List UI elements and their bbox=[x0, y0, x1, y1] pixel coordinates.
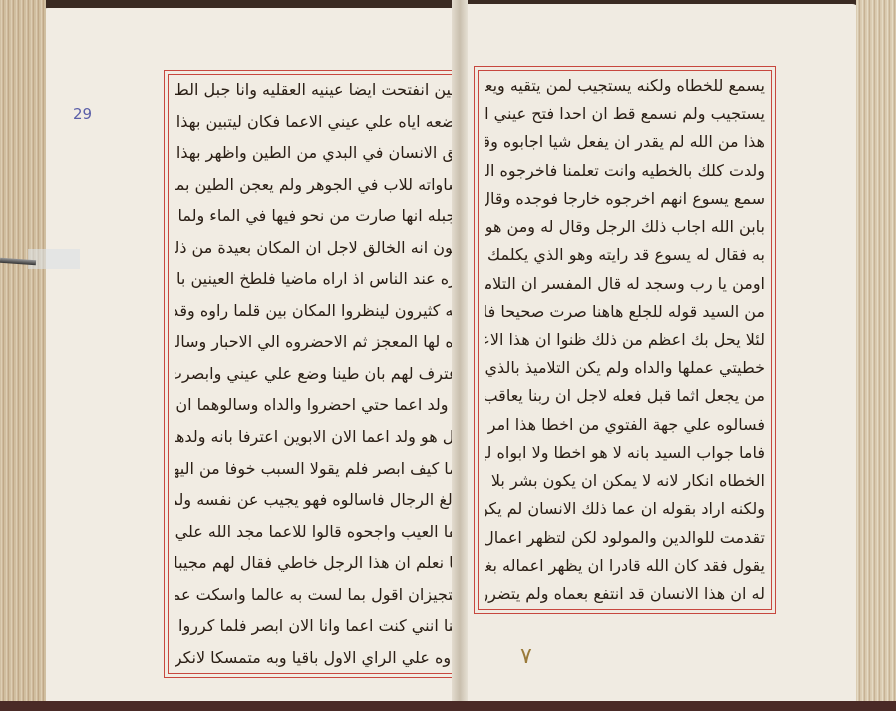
binding-edge bbox=[0, 701, 896, 711]
text-line: وراوه علي الراي الاول باقيا وبه متمسكا ل… bbox=[175, 645, 471, 671]
right-page: يسمع للخطاه ولكنه يستجيب لمن يتقيه ويعمل… bbox=[460, 4, 860, 711]
catchword-mark: ٧ bbox=[520, 644, 532, 669]
text-line: ولكنه اراد بقوله ان عما ذلك الانسان لم ي… bbox=[485, 496, 765, 522]
text-line: امره عند الناس اذ اراه ماضيا فلطخ العيني… bbox=[175, 266, 471, 292]
text-line: فاما جواب السيد بانه لا هو اخطا ولا ابوا… bbox=[485, 440, 765, 466]
page-edges-right bbox=[856, 0, 896, 711]
text-line: انده لها المعجز ثم الاحضروه الي الاحبار … bbox=[175, 329, 471, 355]
text-line: الحين انفتحت ايضا عينيه العقليه وانا جبل… bbox=[175, 77, 471, 103]
text-line: يدلون انه الخالق لاجل ان المكان بعيدة من… bbox=[175, 235, 471, 261]
right-text-block: يسمع للخطاه ولكنه يستجيب لمن يتقيه ويعمل… bbox=[485, 73, 765, 607]
text-line: هذا من الله لم يقدر ان يفعل شيا اجابوه و… bbox=[485, 129, 765, 155]
text-line: الخطاه انكار لانه لا يمكن ان يكون بشر بل… bbox=[485, 468, 765, 494]
text-line: يستجيب ولم نسمع قط ان احدا فتح عيني اعما… bbox=[485, 101, 765, 127]
text-line: مبالغ الرجال فاسالوه فهو يجيب عن نفسه ول… bbox=[175, 487, 471, 513]
text-line: من السيد قوله للجلع هاهنا صرت صحيحا فلا … bbox=[485, 299, 765, 325]
text-line: بابن الله اجاب ذلك الرجل وقال له ومن هو … bbox=[485, 214, 765, 240]
text-line: يسمع للخطاه ولكنه يستجيب لمن يتقيه ويعمل… bbox=[485, 73, 765, 99]
right-text-frame: يسمع للخطاه ولكنه يستجيب لمن يتقيه ويعمل… bbox=[474, 66, 776, 614]
text-line: له ان هذا الانسان قد انتفع بعماه ولم يتض… bbox=[485, 581, 765, 607]
text-line: خطيتي عملها والداه ولم يكن التلاميذ بالذ… bbox=[485, 355, 765, 381]
text-line: به فقال له يسوع قد رايته وهو الذي يكلمك … bbox=[485, 242, 765, 268]
text-line: لئلا يحل بك اعظم من ذلك ظنوا ان هذا الاع… bbox=[485, 327, 765, 353]
text-line: ولدت كلك بالخطيه وانت تعلمنا فاخرجوه الي… bbox=[485, 158, 765, 184]
text-line: استجيزان اقول بما لست به عالما واسكت عما… bbox=[175, 582, 471, 608]
manuscript-spread: 29 الحين انفتحت ايضا عينيه العقليه وانا … bbox=[0, 0, 896, 711]
text-line: فاعترف لهم بان طينا وضع علي عيني وابصرت … bbox=[175, 361, 471, 387]
text-line: بالجبله انها صارت من نحو فيها في الماء و… bbox=[175, 203, 471, 229]
text-line: يقول فقد كان الله قادرا ان يظهر اعماله ب… bbox=[485, 553, 765, 579]
left-text-block: الحين انفتحت ايضا عينيه العقليه وانا جبل… bbox=[175, 77, 471, 671]
folio-number: 29 bbox=[73, 105, 92, 123]
text-line: سمع يسوع انهم اخرجوه خارجا فوجده وقال له… bbox=[485, 186, 765, 212]
text-line: وهل هو ولد اعما الان الابوين اعترفا بانه… bbox=[175, 424, 471, 450]
text-line: تبعه كثيرون لينظروا المكان بين قلما راوه… bbox=[175, 298, 471, 324]
text-line: اخفا العيب واجحوه قالوا للاعما مجد الله … bbox=[175, 519, 471, 545]
gutter bbox=[452, 0, 468, 711]
text-line: من يجعل اثما قبل فعله لاجل ان ربنا يعاقب… bbox=[485, 383, 765, 409]
text-line: تقدمت للوالدين والمولود لكن لتظهر اعمال … bbox=[485, 525, 765, 551]
text-line: فسالوه علي جهة الفتوي من اخطا هذا امر اب… bbox=[485, 412, 765, 438]
text-line: يقينا انني كنت اعما وانا الان ابصر فلما … bbox=[175, 613, 471, 639]
left-text-frame: الحين انفتحت ايضا عينيه العقليه وانا جبل… bbox=[164, 70, 482, 678]
text-line: فانا نعلم ان هذا الرجل خاطي فقال لهم مجي… bbox=[175, 550, 471, 576]
text-line: مساواته للاب في الجوهر ولم يعجن الطين بم… bbox=[175, 172, 471, 198]
tape-tab bbox=[28, 249, 80, 269]
page-edges-left bbox=[0, 0, 46, 711]
text-line: اومن يا رب وسجد له قال المفسر ان التلامي… bbox=[485, 271, 765, 297]
text-line: ولما كيف ابصر فلم يقولا السبب خوفا من ال… bbox=[175, 456, 471, 482]
text-line: خلق الانسان في البدي من الطين واظهر بهذا… bbox=[175, 140, 471, 166]
left-page: 29 الحين انفتحت ايضا عينيه العقليه وانا … bbox=[40, 8, 460, 711]
text-line: انه ولد اعما حتي احضروا والداه وسالوهما … bbox=[175, 392, 471, 418]
text-line: ووضعه اياه علي عيني الاعما فكان ليتبين ب… bbox=[175, 109, 471, 135]
